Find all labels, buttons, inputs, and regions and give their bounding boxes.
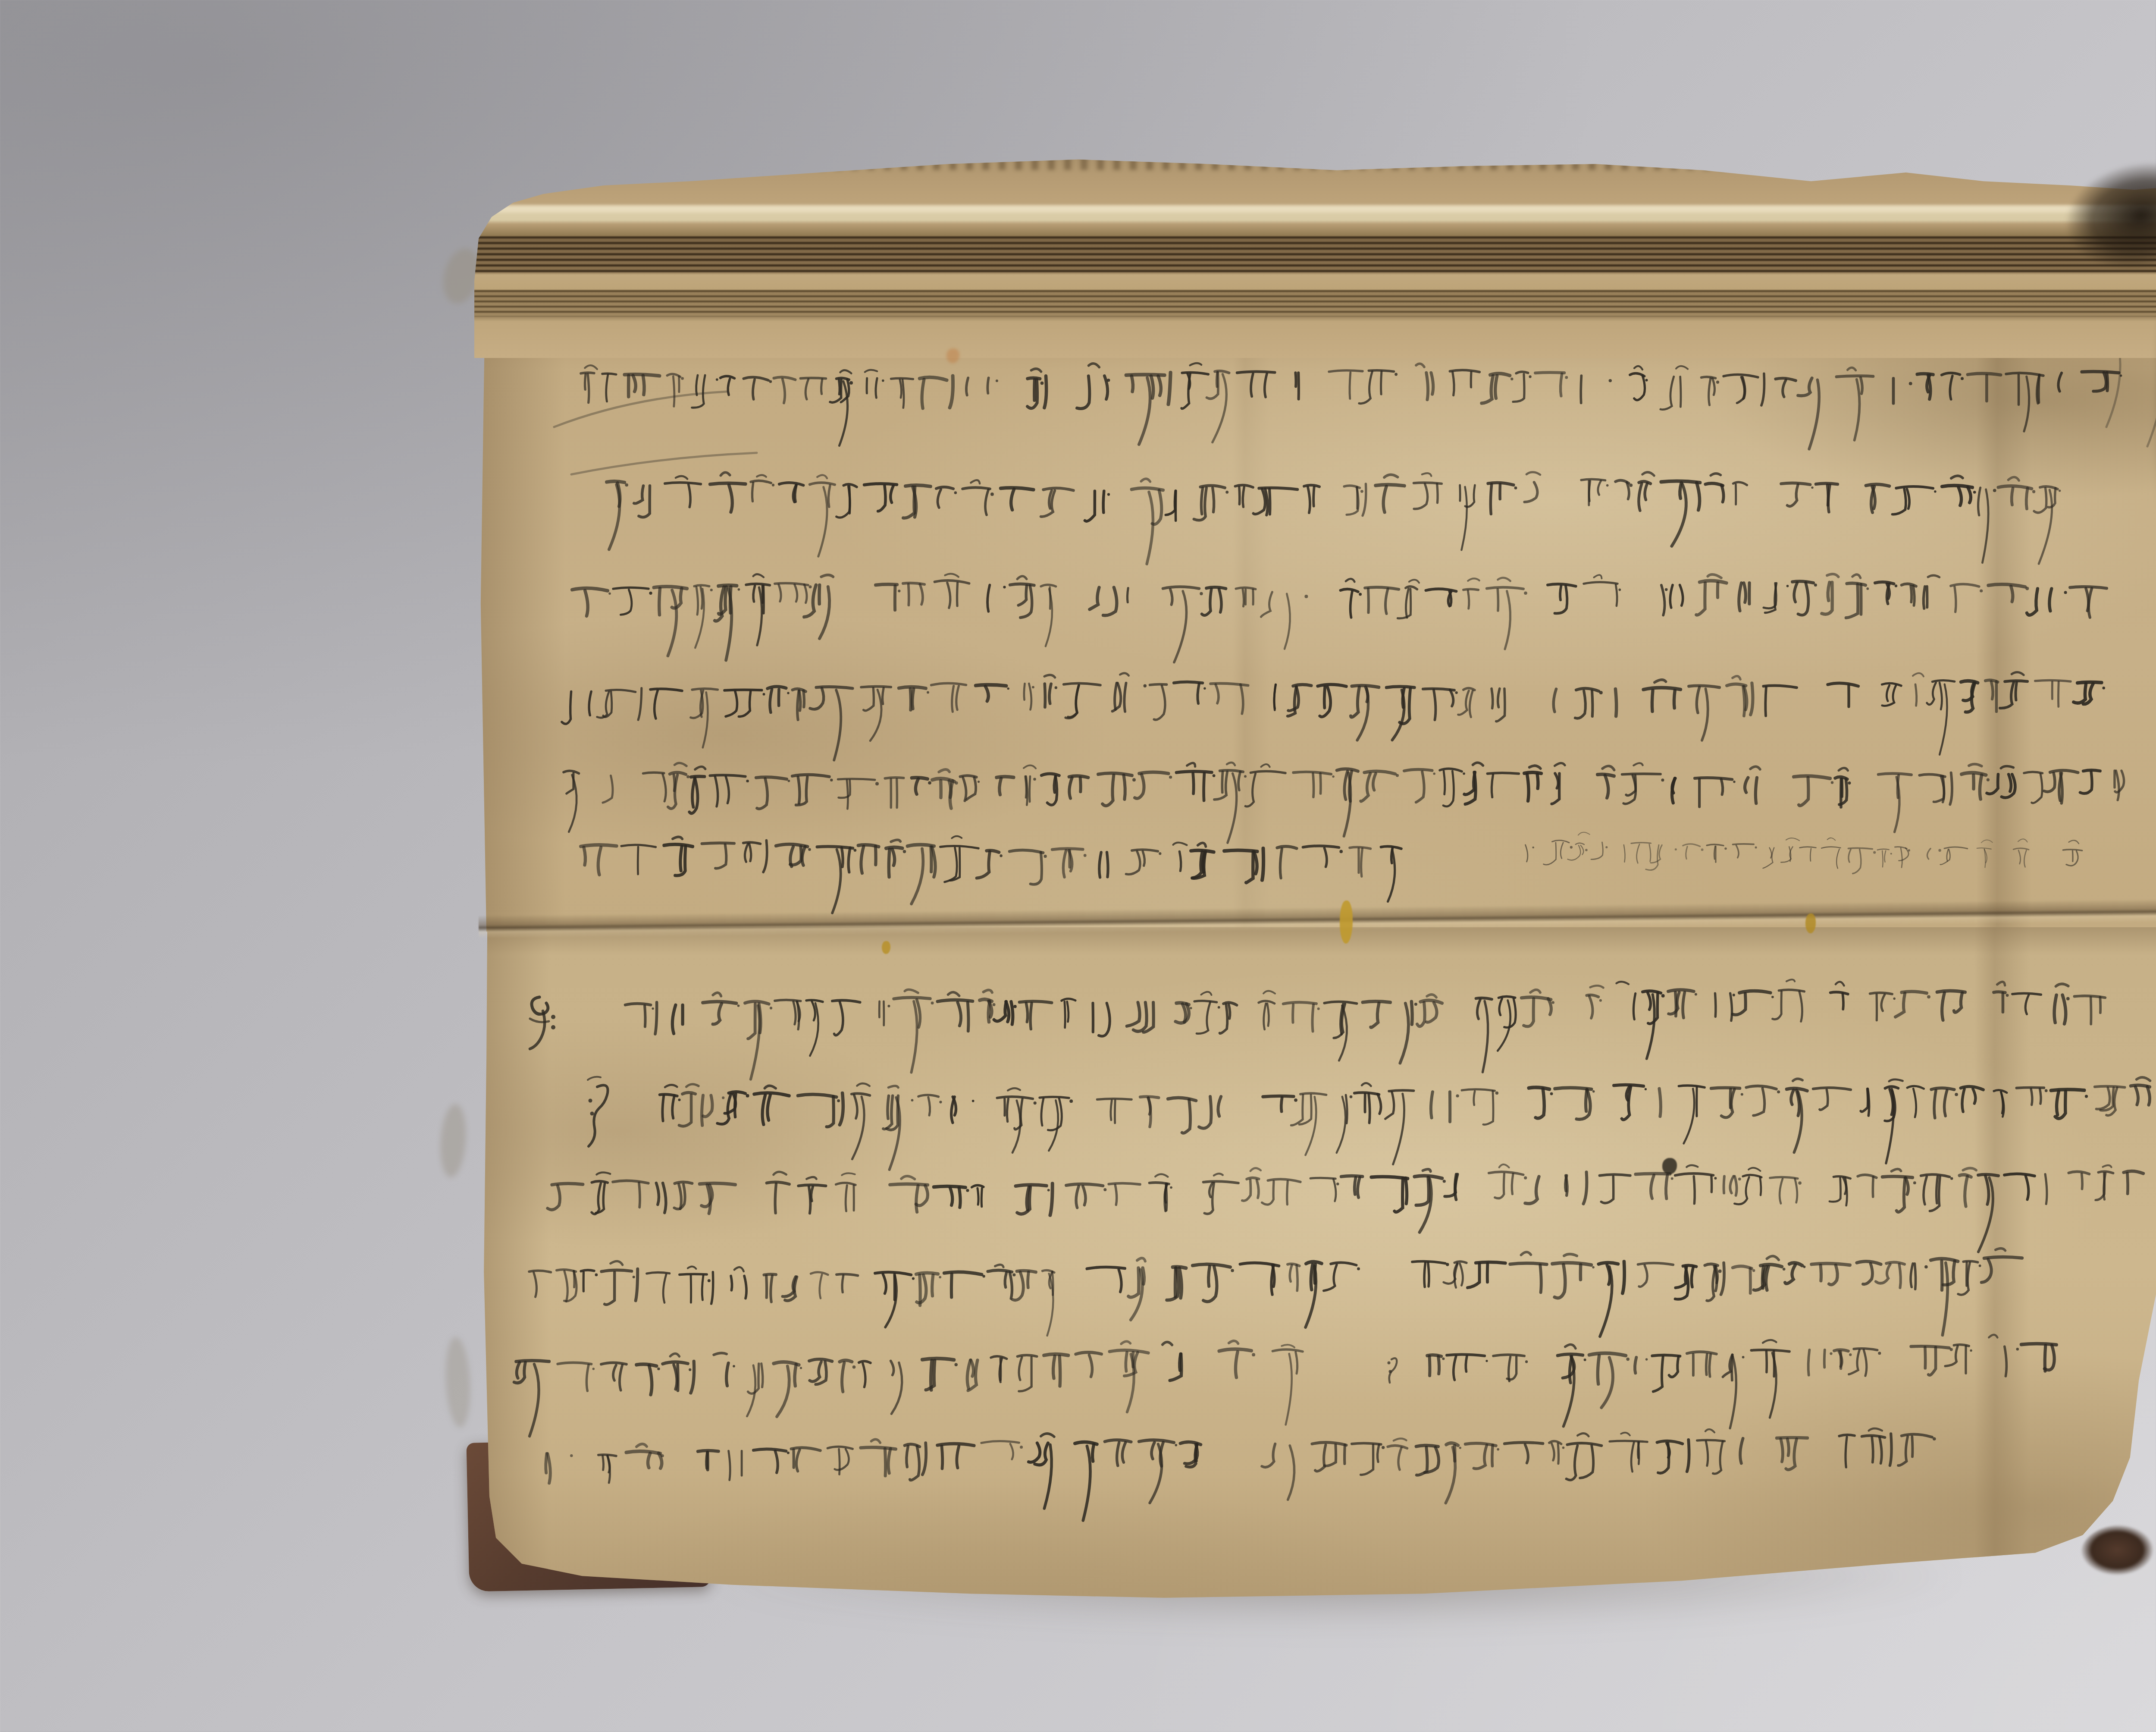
handwriting-line bbox=[562, 672, 2105, 760]
handwriting-line bbox=[529, 1249, 2022, 1337]
stack-striations-lower bbox=[474, 290, 2156, 317]
photo-scene: { "photo": { "subject": "Opened handwrit… bbox=[0, 0, 2156, 1732]
paper-fray-left-middle bbox=[438, 1103, 468, 1178]
handwriting-line bbox=[581, 832, 2082, 913]
stack-striations-upper bbox=[474, 236, 2156, 273]
handwriting-line bbox=[548, 1164, 2143, 1252]
handwriting-line bbox=[572, 574, 2107, 662]
handwriting-line bbox=[581, 363, 2122, 449]
stack-edge-highlight bbox=[474, 205, 2156, 213]
manuscript-book bbox=[468, 147, 2156, 1609]
page-stack-top-edges bbox=[474, 155, 2156, 358]
handwriting-line bbox=[588, 1077, 2150, 1170]
handwriting-line bbox=[564, 762, 2124, 843]
handwriting-layer bbox=[468, 147, 2156, 1609]
handwriting-line bbox=[514, 1335, 2056, 1436]
handwriting-line bbox=[607, 472, 2061, 564]
handwriting-line bbox=[530, 979, 2105, 1079]
handwriting-line bbox=[546, 1428, 1936, 1520]
